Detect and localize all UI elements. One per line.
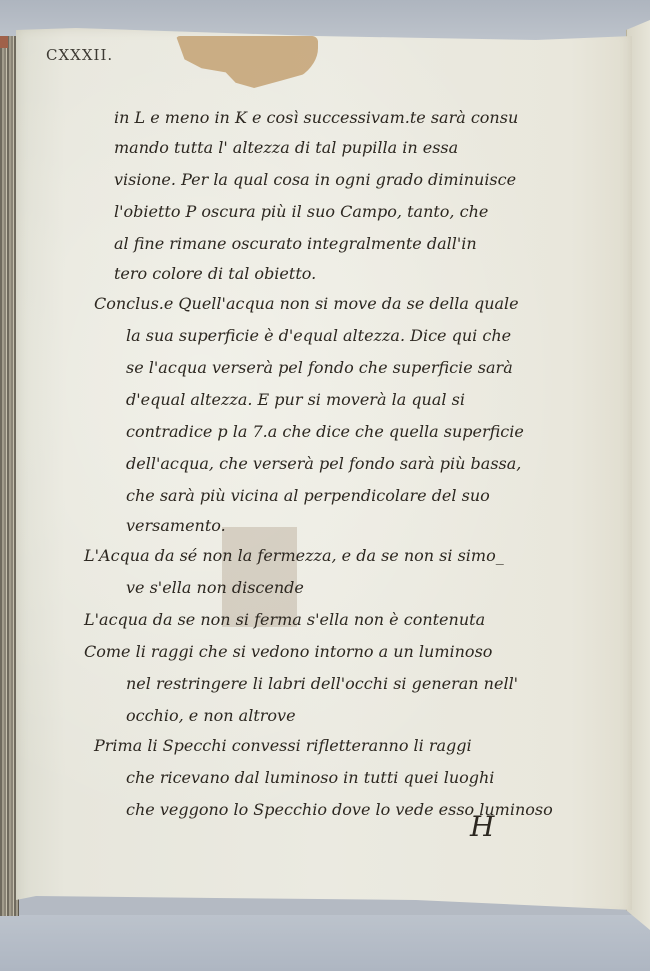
spine-binding (0, 36, 8, 48)
signature-flourish: H (470, 810, 494, 843)
folio-number: CXXXII. (46, 46, 113, 64)
backdrop-bottom (0, 915, 650, 971)
